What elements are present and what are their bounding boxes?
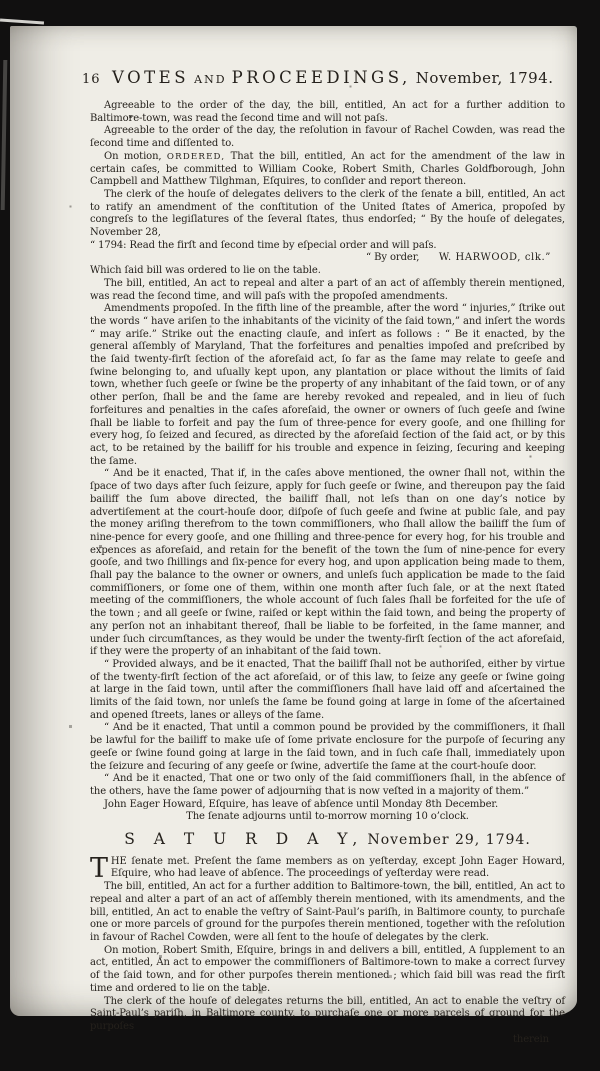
paragraph-baltimore-bill: Agreeable to the order of the day, the b… bbox=[90, 100, 565, 125]
paragraph-rachel-cowden: Agreeable to the order of the day, the r… bbox=[90, 125, 565, 150]
page-number: 16 bbox=[82, 72, 101, 87]
senate-met-text: HE ſenate met. Preſent the ſame members … bbox=[111, 856, 565, 880]
paragraph-senate-met: THE ſenate met. Preſent the ſame members… bbox=[90, 856, 565, 881]
paragraph-enacted-pound: “ And be it enacted, That until a common… bbox=[90, 722, 565, 773]
saturday-date: November 29, 1794. bbox=[367, 832, 530, 848]
paragraph-robert-smith: On motion, Robert Smith, Eſquire, brings… bbox=[90, 945, 565, 996]
title-and: AND bbox=[194, 73, 226, 86]
running-head: 16 VOTES AND PROCEEDINGS, November, 1794… bbox=[82, 68, 565, 87]
paragraph-enacted-adjourning: “ And be it enacted, That one or two onl… bbox=[90, 773, 565, 798]
title-votes: VOTES bbox=[112, 68, 189, 87]
ratify-main: The clerk of the houſe of delegates deli… bbox=[90, 189, 565, 238]
paragraph-howard-leave: John Eager Howard, Eſquire, has leave of… bbox=[90, 799, 565, 812]
paragraph-clerk-returns: The clerk of the houſe of delegates retu… bbox=[90, 996, 565, 1034]
title-date: November, 1794. bbox=[416, 69, 554, 87]
catchword: therein bbox=[90, 1034, 565, 1047]
paragraph-bills-sent: The bill, entitled, An act for a further… bbox=[90, 881, 565, 945]
paragraph-enacted-seizure: “ And be it enacted, That if, in the caſ… bbox=[90, 468, 565, 659]
paragraph-ordered-committee: On motion, ORDERED, That the bill, entit… bbox=[90, 151, 565, 189]
paragraph-provided-always: “ Provided always, and be it enacted, Th… bbox=[90, 659, 565, 723]
saturday-day: S A T U R D A Y, bbox=[124, 830, 364, 848]
paragraph-amendments-proposed: Amendments propoſed. In the fifth line o… bbox=[90, 303, 565, 468]
saturday-heading: S A T U R D A Y, November 29, 1794. bbox=[90, 833, 565, 849]
by-order-line: “ By order,W. HARWOOD, clk.” bbox=[90, 252, 565, 265]
page-title: VOTES AND PROCEEDINGS, November, 1794. bbox=[101, 68, 565, 87]
paragraph-lie-on-table: Which ſaid bill was ordered to lie on th… bbox=[90, 265, 565, 278]
document-page: 16 VOTES AND PROCEEDINGS, November, 1794… bbox=[10, 26, 577, 1016]
scan-noise-speckles bbox=[10, 26, 11, 27]
ratify-endorsement-line: “ 1794: Read the firſt and ſecond time b… bbox=[90, 240, 565, 253]
paragraph-ratify-amendment: The clerk of the houſe of delegates deli… bbox=[90, 189, 565, 253]
ordered-prefix: On motion, bbox=[104, 151, 167, 162]
clerk-signature: W. HARWOOD, clk.” bbox=[439, 252, 551, 265]
dropcap-initial: T bbox=[90, 856, 111, 880]
adjournment-line: The ſenate adjourns until to-morrow morn… bbox=[90, 811, 565, 824]
page-body: Agreeable to the order of the day, the b… bbox=[90, 100, 565, 1046]
ordered-word: ORDERED, bbox=[167, 152, 225, 162]
title-proceedings: PROCEEDINGS, bbox=[232, 68, 411, 87]
paragraph-repeal-bill: The bill, entitled, An act to repeal and… bbox=[90, 278, 565, 303]
by-order-label: “ By order, bbox=[366, 252, 419, 265]
